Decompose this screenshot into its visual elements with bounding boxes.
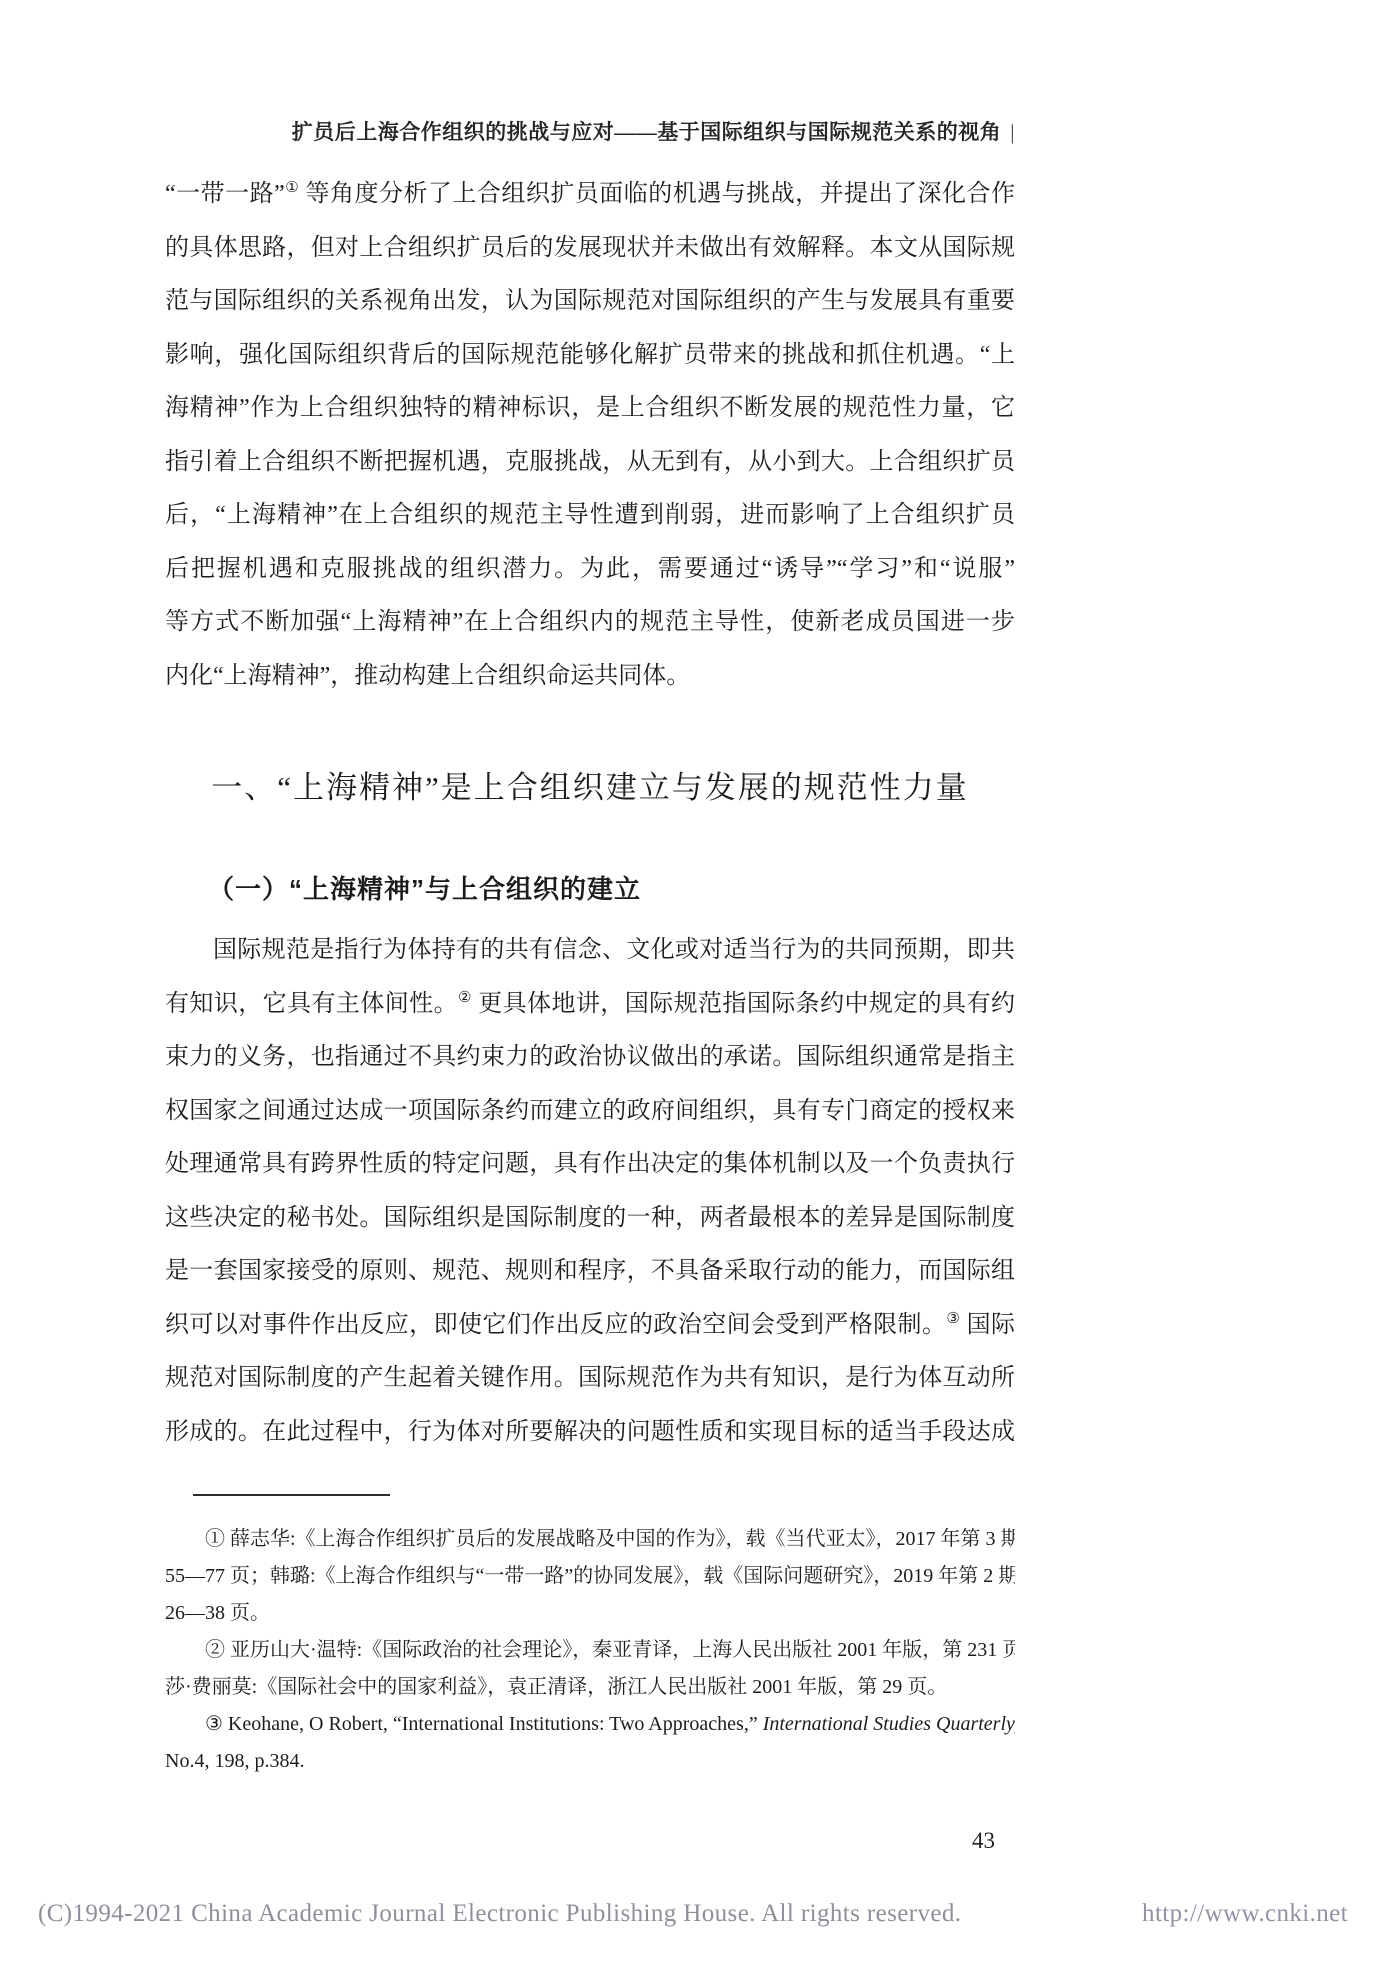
text-segment: 海精神”作为上合组织独特的精神标识，是上合组织不断发展的规范性力量，它: [165, 395, 1015, 421]
text-line: 权国家之间通过达成一项国际条约而建立的政府间组织，具有专门商定的授权来: [165, 1085, 1015, 1139]
body-paragraph-2: 国际规范是指行为体持有的共有信念、文化或对适当行为的共同预期，即共有知识，它具有…: [165, 924, 1015, 1459]
text-segment: 形成的。在此过程中，行为体对所要解决的问题性质和实现目标的适当手段达成: [165, 1419, 1015, 1445]
text-segment: No.4, 198, p.384.: [165, 1750, 304, 1772]
page-number: 43: [165, 1828, 995, 1854]
text-line: No.4, 198, p.384.: [165, 1743, 1015, 1780]
running-header-title: 扩员后上海合作组织的挑战与应对——基于国际组织与国际规范关系的视角: [292, 120, 1002, 144]
text-segment: 权国家之间通过达成一项国际条约而建立的政府间组织，具有专门商定的授权来: [165, 1098, 1015, 1124]
footnote-ref-mark: ①: [285, 180, 299, 196]
text-line: 影响，强化国际组织背后的国际规范能够化解扩员带来的挑战和抓住机遇。“上: [165, 329, 1015, 383]
text-segment: 莎·费丽莫:《国际社会中的国家利益》，袁正清译，浙江人民出版社 2001 年版，…: [165, 1676, 947, 1698]
text-segment: 处理通常具有跨界性质的特定问题，具有作出决定的集体机制以及一个负责执行: [165, 1151, 1015, 1177]
text-segment: ③ Keohane, O Robert, “International Inst…: [205, 1713, 763, 1735]
text-line: “一带一路”① 等角度分析了上合组织扩员面临的机遇与挑战，并提出了深化合作: [165, 168, 1015, 222]
text-line: ③ Keohane, O Robert, “International Inst…: [165, 1706, 1015, 1743]
header-divider: |: [1010, 120, 1015, 145]
body-paragraph-1: “一带一路”① 等角度分析了上合组织扩员面临的机遇与挑战，并提出了深化合作的具体…: [165, 168, 1015, 703]
text-line: 有知识，它具有主体间性。② 更具体地讲，国际规范指国际条约中规定的具有约: [165, 978, 1015, 1032]
footer-copyright: (C)1994-2021 China Academic Journal Elec…: [38, 1900, 961, 1928]
text-segment: 等角度分析了上合组织扩员面临的机遇与挑战，并提出了深化合作: [299, 181, 1015, 207]
footnote-ref-mark: ②: [458, 990, 472, 1006]
text-segment: ② 亚历山大·温特:《国际政治的社会理论》，秦亚青译，上海人民出版社 2001 …: [205, 1639, 1015, 1661]
text-segment: 后把握机遇和克服挑战的组织潜力。为此，需要通过“诱导”“学习”和“说服”: [165, 556, 1015, 582]
text-segment: 55—77 页；韩璐:《上海合作组织与“一带一路”的协同发展》，载《国际问题研究…: [165, 1565, 1015, 1587]
text-segment: 束力的义务，也指通过不具约束力的政治协议做出的承诺。国际组织通常是指主: [165, 1044, 1015, 1070]
text-line: 国际规范是指行为体持有的共有信念、文化或对适当行为的共同预期，即共: [165, 924, 1015, 978]
text-segment: 国际: [960, 1312, 1015, 1338]
text-segment: 织可以对事件作出反应，即使它们作出反应的政治空间会受到严格限制。: [165, 1312, 946, 1338]
footnotes-block: ① 薛志华:《上海合作组织扩员后的发展战略及中国的作为》，载《当代亚太》，201…: [165, 1521, 1015, 1780]
text-line: 是一套国家接受的原则、规范、规则和程序，不具备采取行动的能力，而国际组: [165, 1245, 1015, 1299]
text-segment: 内化“上海精神”，推动构建上合组织命运共同体。: [165, 663, 690, 689]
text-line: 形成的。在此过程中，行为体对所要解决的问题性质和实现目标的适当手段达成: [165, 1406, 1015, 1460]
text-line: 指引着上合组织不断把握机遇，克服挑战，从无到有，从小到大。上合组织扩员: [165, 436, 1015, 490]
text-line: 规范对国际制度的产生起着关键作用。国际规范作为共有知识，是行为体互动所: [165, 1352, 1015, 1406]
italic-text: International Studies Quarterly,: [763, 1713, 1015, 1735]
text-line: 这些决定的秘书处。国际组织是国际制度的一种，两者最根本的差异是国际制度: [165, 1192, 1015, 1246]
text-line: 26—38 页。: [165, 1595, 1015, 1632]
text-segment: 等方式不断加强“上海精神”在上合组织内的规范主导性，使新老成员国进一步: [165, 609, 1015, 635]
text-segment: 后，“上海精神”在上合组织的规范主导性遭到削弱，进而影响了上合组织扩员: [165, 502, 1015, 528]
footer-url: http://www.cnki.net: [1142, 1900, 1348, 1928]
text-segment: 更具体地讲，国际规范指国际条约中规定的具有约: [472, 991, 1015, 1017]
text-line: ① 薛志华:《上海合作组织扩员后的发展战略及中国的作为》，载《当代亚太》，201…: [165, 1521, 1015, 1558]
text-line: 等方式不断加强“上海精神”在上合组织内的规范主导性，使新老成员国进一步: [165, 596, 1015, 650]
text-line: 的具体思路，但对上合组织扩员后的发展现状并未做出有效解释。本文从国际规: [165, 222, 1015, 276]
text-line: 范与国际组织的关系视角出发，认为国际规范对国际组织的产生与发展具有重要: [165, 275, 1015, 329]
text-line: 织可以对事件作出反应，即使它们作出反应的政治空间会受到严格限制。③ 国际: [165, 1299, 1015, 1353]
text-segment: 有知识，它具有主体间性。: [165, 991, 458, 1017]
section-heading: 一、“上海精神”是上合组织建立与发展的规范性力量: [165, 762, 1015, 807]
journal-page: 扩员后上海合作组织的挑战与应对——基于国际组织与国际规范关系的视角| “一带一路…: [0, 0, 1378, 1969]
text-line: 处理通常具有跨界性质的特定问题，具有作出决定的集体机制以及一个负责执行: [165, 1138, 1015, 1192]
text-segment: 这些决定的秘书处。国际组织是国际制度的一种，两者最根本的差异是国际制度: [165, 1205, 1015, 1231]
subsection-heading: （一）“上海精神”与上合组织的建立: [208, 869, 641, 906]
text-line: 内化“上海精神”，推动构建上合组织命运共同体。: [165, 650, 1015, 704]
text-segment: “一带一路”: [165, 181, 285, 207]
text-segment: 指引着上合组织不断把握机遇，克服挑战，从无到有，从小到大。上合组织扩员: [165, 449, 1015, 475]
text-line: ② 亚历山大·温特:《国际政治的社会理论》，秦亚青译，上海人民出版社 2001 …: [165, 1632, 1015, 1669]
text-segment: ① 薛志华:《上海合作组织扩员后的发展战略及中国的作为》，载《当代亚太》，201…: [205, 1528, 1015, 1550]
text-line: 后，“上海精神”在上合组织的规范主导性遭到削弱，进而影响了上合组织扩员: [165, 489, 1015, 543]
text-line: 莎·费丽莫:《国际社会中的国家利益》，袁正清译，浙江人民出版社 2001 年版，…: [165, 1669, 1015, 1706]
footnote-separator-rule: [193, 1494, 390, 1496]
text-segment: 影响，强化国际组织背后的国际规范能够化解扩员带来的挑战和抓住机遇。“上: [165, 342, 1015, 368]
text-segment: 是一套国家接受的原则、规范、规则和程序，不具备采取行动的能力，而国际组: [165, 1258, 1015, 1284]
text-line: 海精神”作为上合组织独特的精神标识，是上合组织不断发展的规范性力量，它: [165, 382, 1015, 436]
footer: (C)1994-2021 China Academic Journal Elec…: [38, 1900, 1348, 1928]
text-line: 束力的义务，也指通过不具约束力的政治协议做出的承诺。国际组织通常是指主: [165, 1031, 1015, 1085]
text-segment: 规范对国际制度的产生起着关键作用。国际规范作为共有知识，是行为体互动所: [165, 1365, 1015, 1391]
text-line: 后把握机遇和克服挑战的组织潜力。为此，需要通过“诱导”“学习”和“说服”: [165, 543, 1015, 597]
text-line: 55—77 页；韩璐:《上海合作组织与“一带一路”的协同发展》，载《国际问题研究…: [165, 1558, 1015, 1595]
text-segment: 的具体思路，但对上合组织扩员后的发展现状并未做出有效解释。本文从国际规: [165, 235, 1015, 261]
text-segment: 26—38 页。: [165, 1602, 270, 1624]
running-header: 扩员后上海合作组织的挑战与应对——基于国际组织与国际规范关系的视角|: [165, 116, 1015, 146]
text-segment: 范与国际组织的关系视角出发，认为国际规范对国际组织的产生与发展具有重要: [165, 288, 1015, 314]
text-segment: 国际规范是指行为体持有的共有信念、文化或对适当行为的共同预期，即共: [213, 937, 1015, 963]
footnote-ref-mark: ③: [946, 1311, 960, 1327]
